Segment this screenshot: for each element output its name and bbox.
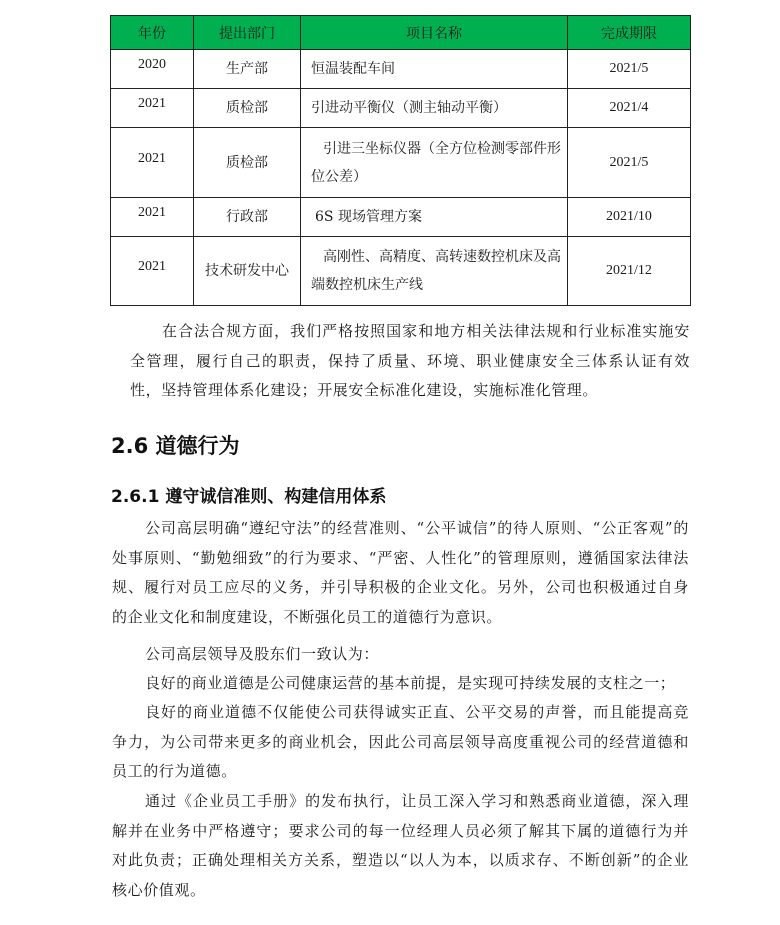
table-header-row: 年份 提出部门 项目名称 完成期限: [111, 16, 691, 50]
cell-deadline: 2021/4: [568, 89, 691, 128]
body-paragraph: 公司高层明确“遵纪守法”的经营准则、“公平诚信”的待人原则、“公正客观”的处事原…: [112, 514, 689, 632]
year-text: 2021: [138, 205, 166, 220]
cell-deadline: 2021/5: [568, 128, 691, 198]
cell-department: 行政部: [194, 198, 301, 237]
cell-department: 质检部: [194, 128, 301, 198]
body-paragraph: 良好的商业道德是公司健康运营的基本前提，是实现可持续发展的支柱之一；: [112, 669, 689, 699]
cell-year: 2021: [111, 89, 194, 128]
table-row: 2021 技术研发中心 高刚性、高精度、高转速数控机床及高端数控机床生产线 20…: [111, 237, 691, 306]
cell-year: 2021: [111, 128, 194, 198]
cell-department: 质检部: [194, 89, 301, 128]
body-paragraph: 通过《企业员工手册》的发布执行，让员工深入学习和熟悉商业道德，深入理解并在业务中…: [112, 787, 689, 905]
cell-department: 技术研发中心: [194, 237, 301, 306]
table-row: 2021 行政部 6S 现场管理方案 2021/10: [111, 198, 691, 237]
subsection-heading: 2.6.1 遵守诚信准则、构建信用体系: [111, 482, 386, 507]
cell-project: 恒温装配车间: [301, 50, 568, 89]
year-text: 2021: [138, 259, 166, 274]
cell-project: 6S 现场管理方案: [301, 198, 568, 237]
year-text: 2021: [138, 96, 166, 111]
header-project-name: 项目名称: [301, 16, 568, 50]
cell-year: 2020: [111, 50, 194, 89]
header-department: 提出部门: [194, 16, 301, 50]
section-heading: 2.6 道德行为: [111, 430, 240, 460]
department-text: 技术研发中心: [194, 257, 300, 285]
cell-deadline: 2021/12: [568, 237, 691, 306]
year-text: 2021: [138, 151, 166, 166]
body-paragraph: 良好的商业道德不仅能使公司获得诚实正直、公平交易的声誉，而且能提高竞争力，为公司…: [112, 698, 689, 787]
compliance-paragraph: 在合法合规方面，我们严格按照国家和地方相关法律法规和行业标准实施安全管理，履行自…: [130, 317, 690, 406]
cell-year: 2021: [111, 237, 194, 306]
document-page: 年份 提出部门 项目名称 完成期限 2020 生产部 恒温装配车间 2021/5…: [0, 0, 780, 925]
cell-project: 引进三坐标仪器（全方位检测零部件形位公差）: [301, 128, 568, 198]
cell-deadline: 2021/10: [568, 198, 691, 237]
body-paragraph: 公司高层领导及股东们一致认为：: [112, 640, 689, 670]
project-table: 年份 提出部门 项目名称 完成期限 2020 生产部 恒温装配车间 2021/5…: [110, 15, 691, 306]
cell-deadline: 2021/5: [568, 50, 691, 89]
cell-project: 高刚性、高精度、高转速数控机床及高端数控机床生产线: [301, 237, 568, 306]
cell-department: 生产部: [194, 50, 301, 89]
cell-year: 2021: [111, 198, 194, 237]
table-row: 2020 生产部 恒温装配车间 2021/5: [111, 50, 691, 89]
header-year: 年份: [111, 16, 194, 50]
cell-project: 引进动平衡仪（测主轴动平衡）: [301, 89, 568, 128]
table-row: 2021 质检部 引进三坐标仪器（全方位检测零部件形位公差） 2021/5: [111, 128, 691, 198]
table-row: 2021 质检部 引进动平衡仪（测主轴动平衡） 2021/4: [111, 89, 691, 128]
header-deadline: 完成期限: [568, 16, 691, 50]
year-text: 2020: [138, 57, 166, 72]
